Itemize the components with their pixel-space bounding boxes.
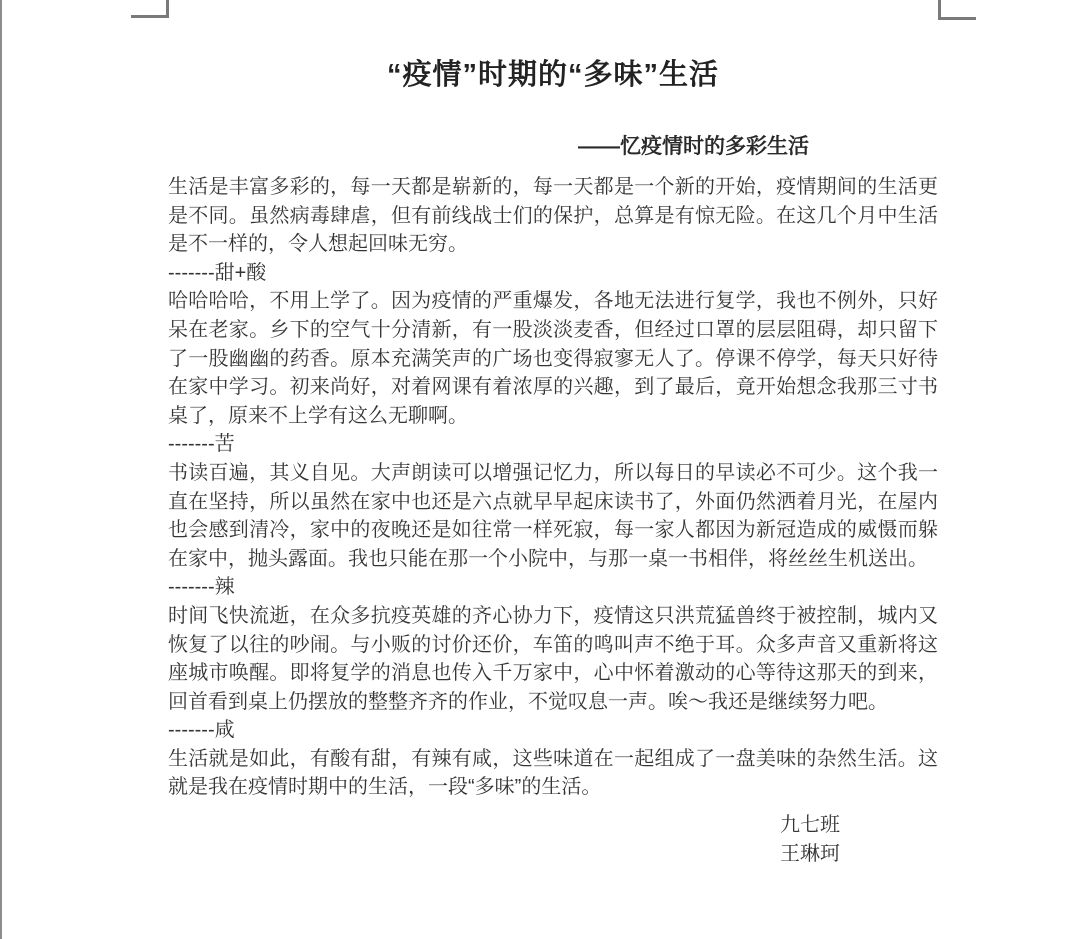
section-paragraph-spicy: 时间飞快流逝，在众多抗疫英雄的齐心协力下，疫情这只洪荒猛兽终于被控制，城内又恢复… [168,602,938,716]
document-body: 生活是丰富多彩的，每一天都是崭新的，每一天都是一个新的开始，疫情期间的生活更是不… [168,173,938,802]
document-content: “疫情”时期的“多味”生活 ——忆疫情时的多彩生活 生活是丰富多彩的，每一天都是… [168,44,938,869]
scanned-document-page: { "doc": { "title": "“疫情”时期的“多味”生活", "su… [0,0,1080,939]
corner-mark-top-left [131,0,169,18]
signature-block: 九七班 王琳珂 [168,811,938,869]
intro-paragraph: 生活是丰富多彩的，每一天都是崭新的，每一天都是一个新的开始，疫情期间的生活更是不… [168,173,938,259]
section-paragraph-salty: 生活就是如此，有酸有甜，有辣有咸，这些味道在一起组成了一盘美味的杂然生活。这就是… [168,745,938,802]
section-paragraph-bitter: 书读百遍，其义自见。大声朗读可以增强记忆力，所以每日的早读必不可少。这个我一直在… [168,459,938,573]
section-heading-spicy: -------辣 [168,573,938,602]
signature-author: 王琳珂 [780,840,938,869]
section-paragraph-sweet-sour: 哈哈哈哈，不用上学了。因为疫情的严重爆发，各地无法进行复学，我也不例外，只好呆在… [168,287,938,430]
scan-edge-line [0,0,2,939]
signature-class: 九七班 [780,811,938,840]
page-title: “疫情”时期的“多味”生活 [168,52,938,93]
section-heading-bitter: -------苦 [168,430,938,459]
page-subtitle: ——忆疫情时的多彩生活 [168,130,938,160]
section-heading-salty: -------咸 [168,716,938,745]
section-heading-sweet-sour: -------甜+酸 [168,259,938,288]
corner-mark-top-right [938,0,976,20]
